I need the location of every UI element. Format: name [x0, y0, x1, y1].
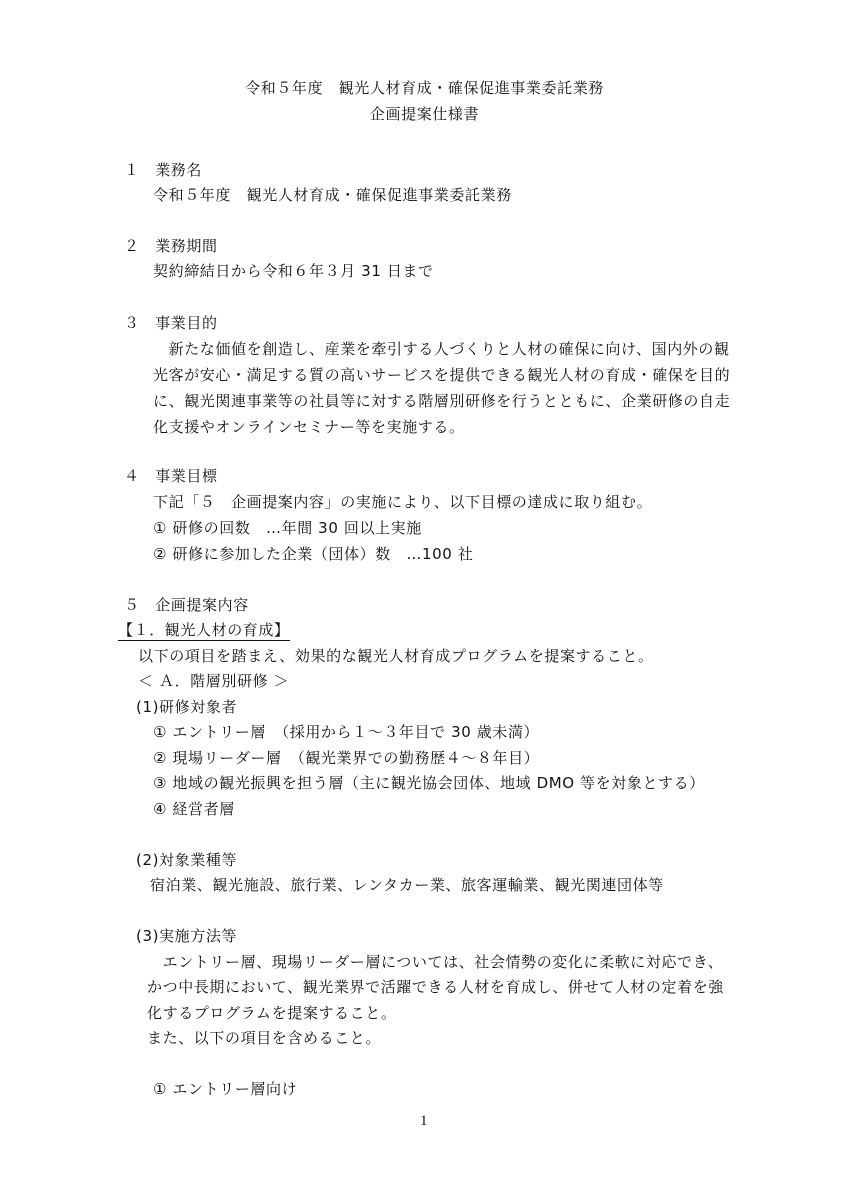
method-heading: (3)実施方法等: [136, 926, 237, 946]
industries-heading: (2)対象業種等: [136, 850, 237, 870]
section-1-heading: １ 業務名: [124, 160, 202, 180]
industries-body: 宿泊業、観光施設、旅行業、レンタカー業、旅客運輸業、観光関連団体等: [150, 875, 664, 895]
section-5-intro: 以下の項目を踏まえ、効果的な観光人材育成プログラムを提案すること。: [138, 646, 654, 666]
target-item: ③ 地域の観光振興を担う層（主に観光協会団体、地域 DMO 等を対象とする）: [153, 773, 705, 793]
category-heading: ＜ Ａ．階層別研修 ＞: [138, 671, 289, 691]
document-subtitle: 企画提案仕様書: [0, 104, 849, 124]
goal-item: ② 研修に参加した企業（団体）数 …100 社: [153, 544, 473, 564]
subheading-text: 【１．観光人材の育成】: [118, 621, 290, 641]
document-title: 令和５年度 観光人材育成・確保促進事業委託業務: [0, 78, 849, 98]
target-item: ① エントリー層 （採用から１～３年目で 30 歳未満）: [153, 722, 539, 742]
section-1-body: 令和５年度 観光人材育成・確保促進事業委託業務: [153, 185, 512, 205]
section-3-line: に、観光関連事業等の社員等に対する階層別研修を行うとともに、企業研修の自走: [153, 391, 730, 411]
section-5-subheading: 【１．観光人材の育成】: [118, 620, 290, 640]
method-item: ① エントリー層向け: [153, 1079, 297, 1099]
page-number: 1: [420, 1111, 428, 1131]
section-4-heading: ４ 事業目標: [124, 466, 218, 486]
target-item: ② 現場リーダー層 （観光業界での勤務歴４～８年目）: [153, 748, 539, 768]
section-4-intro: 下記「５ 企画提案内容」の実施により、以下目標の達成に取り組む。: [153, 492, 652, 512]
target-heading: (1)研修対象者: [136, 697, 237, 717]
method-line: エントリー層、現場リーダー層については、社会情勢の変化に柔軟に対応でき、: [147, 952, 723, 972]
section-3-heading: ３ 事業目的: [124, 313, 218, 333]
section-2-body: 契約締結日から令和６年３月 31 日まで: [153, 261, 434, 281]
target-item: ④ 経営者層: [153, 799, 235, 819]
section-5-heading: ５ 企画提案内容: [124, 595, 249, 615]
section-3-line: 化支援やオンラインセミナー等を実施する。: [153, 417, 465, 437]
method-line: また、以下の項目を含めること。: [147, 1028, 381, 1048]
method-line: 化するプログラムを提案すること。: [147, 1003, 396, 1023]
method-line: かつ中長期において、観光業界で活躍できる人材を育成し、併せて人材の定着を強: [147, 977, 724, 997]
goal-item: ① 研修の回数 …年間 30 回以上実施: [153, 518, 422, 538]
section-2-heading: ２ 業務期間: [124, 236, 218, 256]
section-3-line: 新たな価値を創造し、産業を牽引する人づくりと人材の確保に向け、国内外の観: [153, 339, 730, 359]
section-3-line: 光客が安心・満足する質の高いサービスを提供できる観光人材の育成・確保を目的: [153, 365, 730, 385]
